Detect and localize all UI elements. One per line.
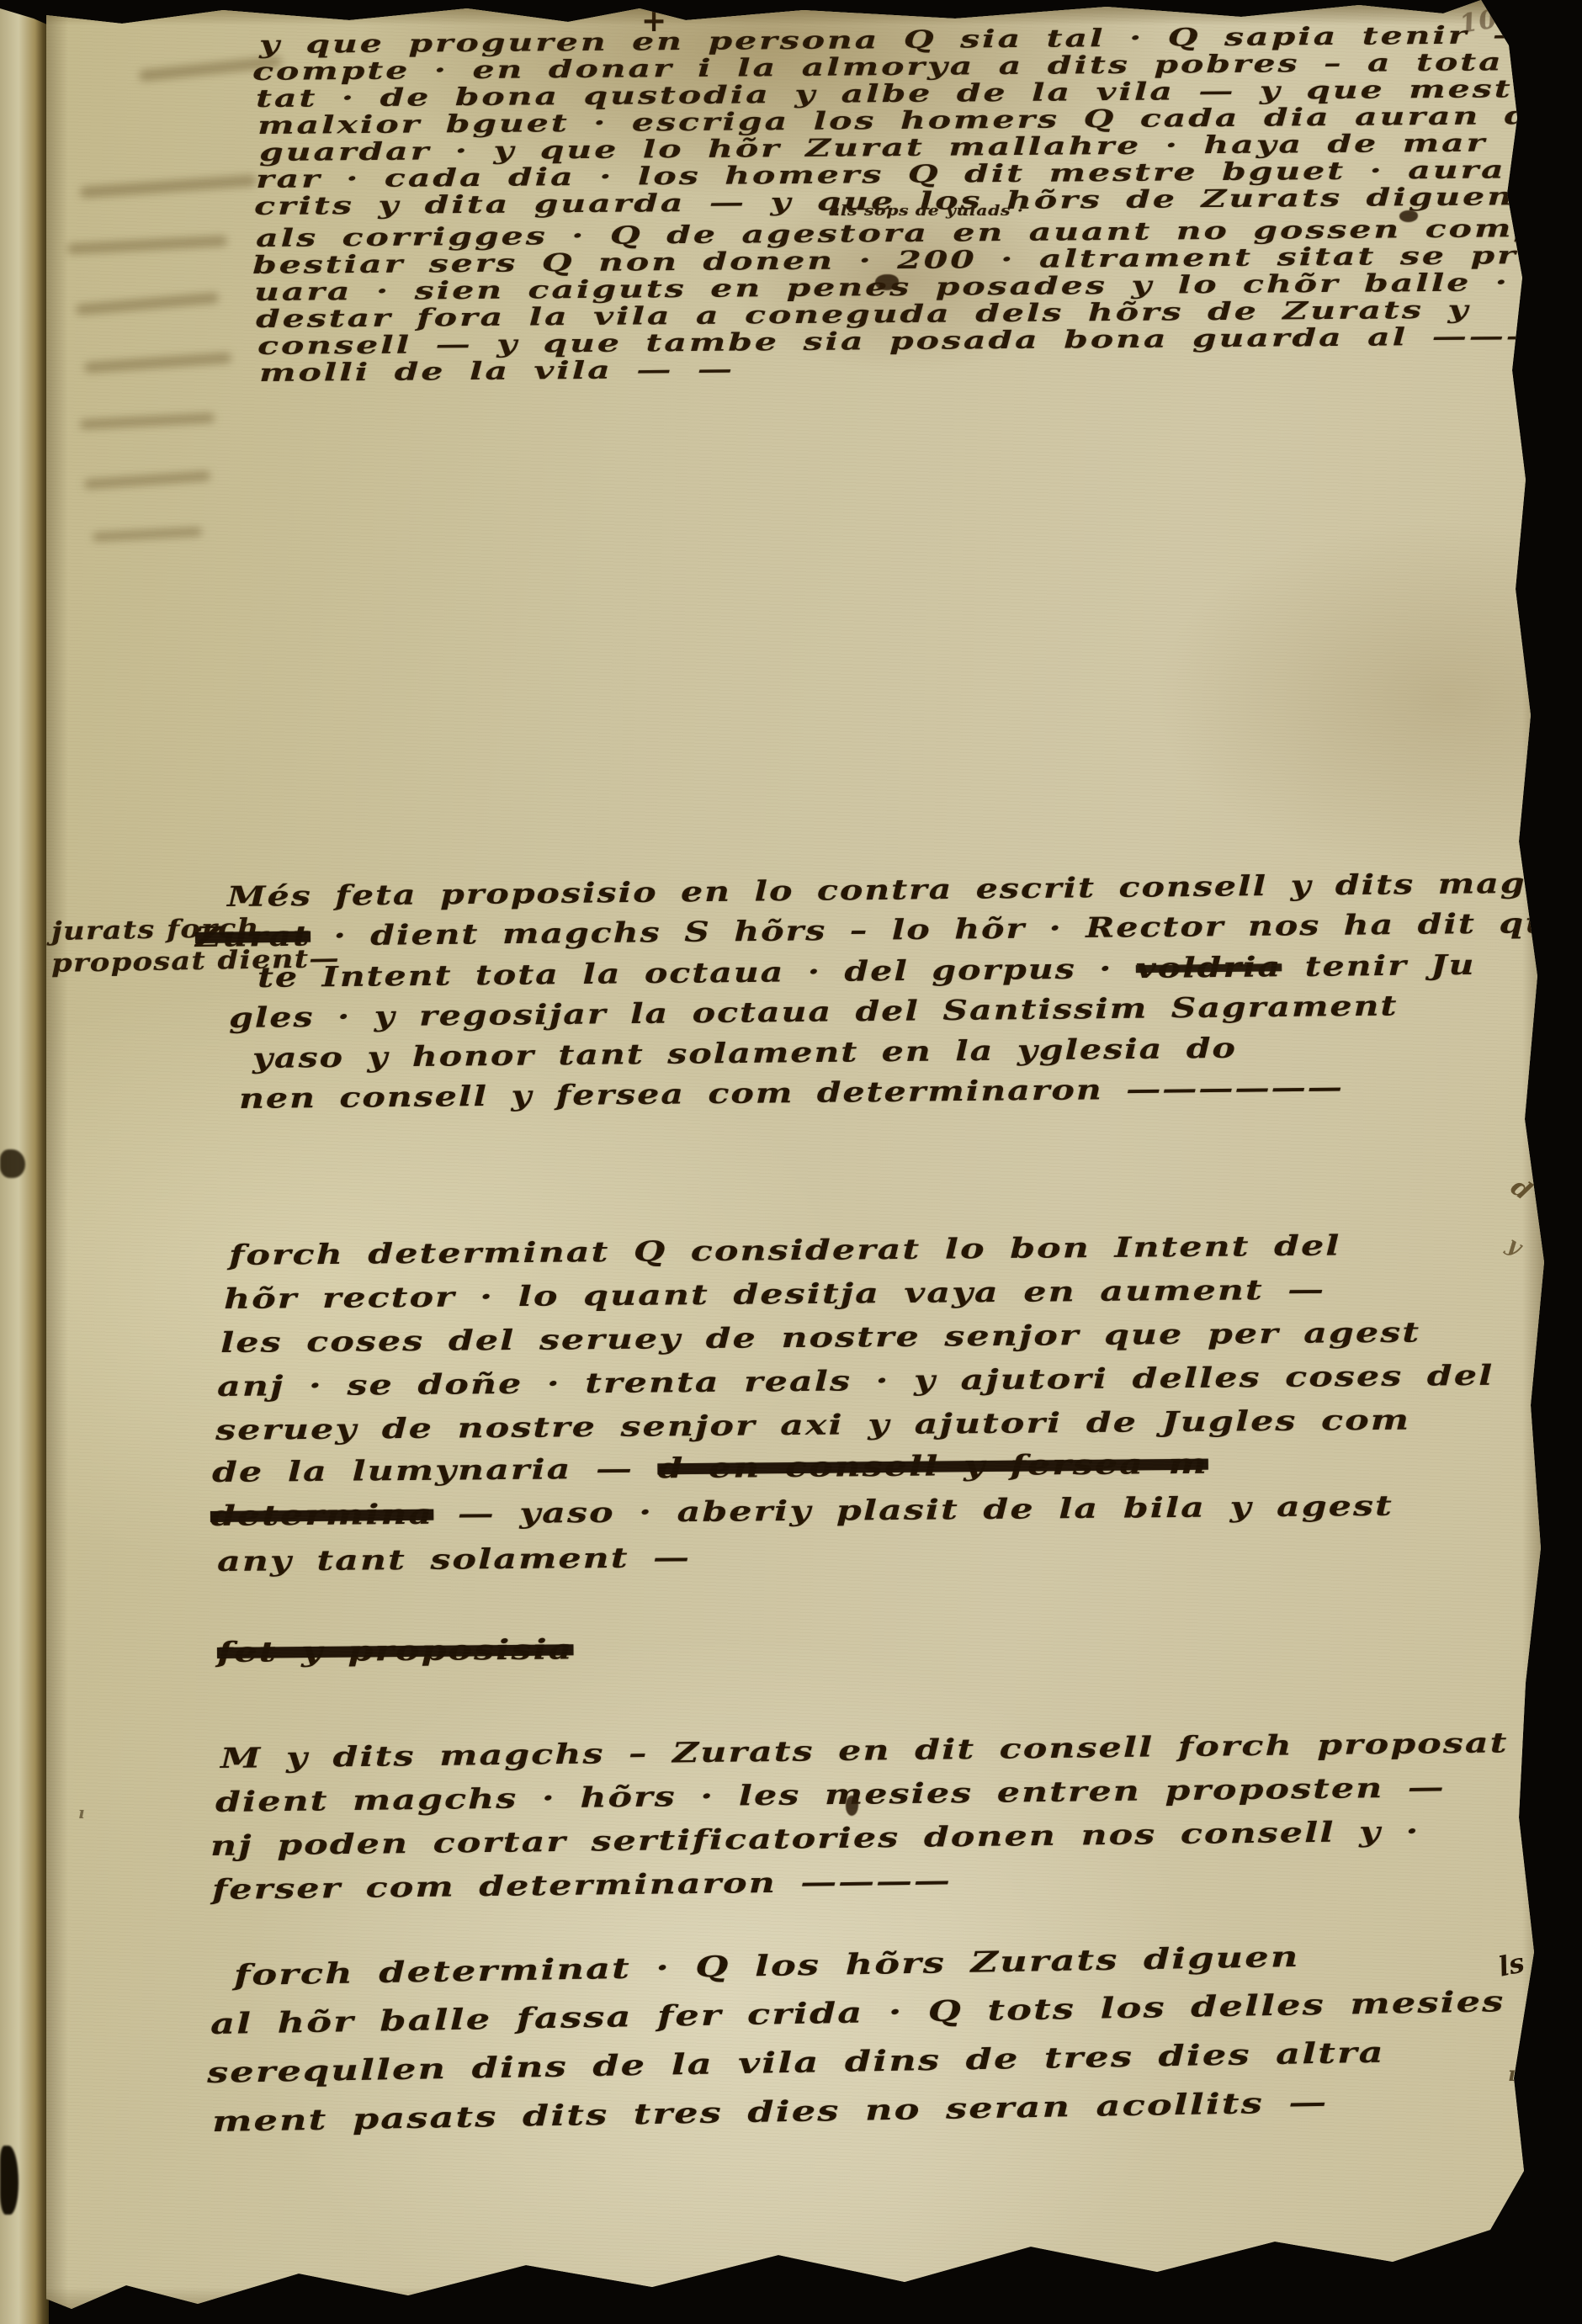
struck-text: determina xyxy=(210,1498,434,1532)
text-line: de la lumynaria — d en consell y fersea … xyxy=(212,1447,1208,1488)
margin-mark: d xyxy=(1505,1172,1537,1207)
text-segment: forch determinat Q considerat lo bon Int… xyxy=(229,1228,1341,1271)
text-segment: anj · se doñe · trenta reals · y ajutori… xyxy=(217,1359,1494,1403)
struck-text: d en consell y fersea m xyxy=(657,1447,1208,1485)
text-line: forch determinat · Q los hõrs Zurats dig… xyxy=(234,1940,1300,1992)
text-line: ment pasats dits tres dies no seran acol… xyxy=(212,2086,1329,2139)
text-line: any tant solament — xyxy=(217,1541,691,1578)
text-line: te Intent tota la octaua · del gorpus · … xyxy=(257,948,1476,994)
text-line: nj poden cortar sertificatories donen no… xyxy=(210,1814,1420,1862)
ink-blot xyxy=(0,1149,25,1178)
text-segment: te Intent tota la octaua · del gorpus · xyxy=(257,952,1136,994)
text-line: yaso y honor tant solament en la yglesia… xyxy=(252,1032,1237,1074)
text-line: forch determinat Q considerat lo bon Int… xyxy=(229,1228,1341,1271)
text-line: Més feta proposisio en lo contra escrit … xyxy=(227,864,1582,913)
text-segment: les coses del seruey de nostre senjor qu… xyxy=(220,1316,1420,1359)
text-line: serequllen dins de la vila dins de tres … xyxy=(207,2036,1385,2090)
text-segment: yaso y honor tant solament en la yglesia… xyxy=(252,1032,1237,1074)
text-segment: tenir Ju xyxy=(1282,948,1476,983)
previous-page-edge xyxy=(0,0,49,2324)
margin-mark: y xyxy=(1503,1232,1526,1260)
text-line: seruey de nostre senjor axi y ajutori de… xyxy=(215,1403,1410,1446)
text-segment: de la lumynaria — xyxy=(212,1451,658,1488)
text-line: molli de la vila — — xyxy=(259,355,735,387)
struck-text: voldria xyxy=(1136,950,1282,984)
text-line: anj · se doñe · trenta reals · y ajutori… xyxy=(217,1359,1494,1403)
text-line: nen consell y fersea com determinaron ——… xyxy=(239,1070,1344,1115)
margin-mark: ls xyxy=(1495,1946,1526,1982)
text-line: M y dits magchs – Zurats en dit consell … xyxy=(220,1726,1509,1775)
text-line: ferser com determinaron ———— xyxy=(212,1864,952,1906)
text-segment: any tant solament — xyxy=(217,1541,691,1578)
text-segment: Més feta proposisio en lo contra escrit … xyxy=(227,864,1582,913)
struck-line: fet y proposisia xyxy=(217,1632,574,1669)
text-line: dient magchs · hõrs · les mesies entren … xyxy=(215,1770,1446,1818)
text-segment: nen consell y fersea com determinaron ——… xyxy=(239,1070,1344,1115)
margin-mark: ı xyxy=(1508,2061,1516,2086)
ink-blot xyxy=(846,1796,858,1816)
text-segment: — yaso · aberiy plasit de la bila y ages… xyxy=(433,1489,1394,1531)
text-line: Zurat · dient magchs S hõrs – lo hõr · R… xyxy=(195,906,1575,953)
margin-mark: ı xyxy=(78,1802,85,1823)
text-segment: gles · y regosijar la octaua del Santiss… xyxy=(229,989,1399,1034)
struck-text: fet y proposisia xyxy=(217,1632,574,1669)
text-segment: seruey de nostre senjor axi y ajutori de… xyxy=(215,1403,1410,1446)
text-segment: · dient magchs S hõrs – lo hõr · Rector … xyxy=(311,906,1575,952)
struck-text: Zurat xyxy=(195,920,311,953)
interlinear-insertion: als sops de yuiads · xyxy=(829,203,1023,220)
manuscript-photo: { "colors":{"backdrop":"#080604","paper"… xyxy=(0,0,1582,2324)
text-line: al hõr balle fassa fer crida · Q tots lo… xyxy=(210,1985,1505,2041)
ink-blot xyxy=(0,2146,19,2215)
text-segment: hõr rector · lo quant desitja vaya en au… xyxy=(224,1273,1325,1315)
text-line: hõr rector · lo quant desitja vaya en au… xyxy=(224,1273,1325,1315)
text-line: gles · y regosijar la octaua del Santiss… xyxy=(229,989,1399,1034)
text-line: les coses del seruey de nostre senjor qu… xyxy=(220,1316,1420,1359)
text-line: determina — yaso · aberiy plasit de la b… xyxy=(210,1489,1394,1532)
manuscript-page: 103 + y que proguren en persona Q sia ta… xyxy=(46,0,1553,2324)
